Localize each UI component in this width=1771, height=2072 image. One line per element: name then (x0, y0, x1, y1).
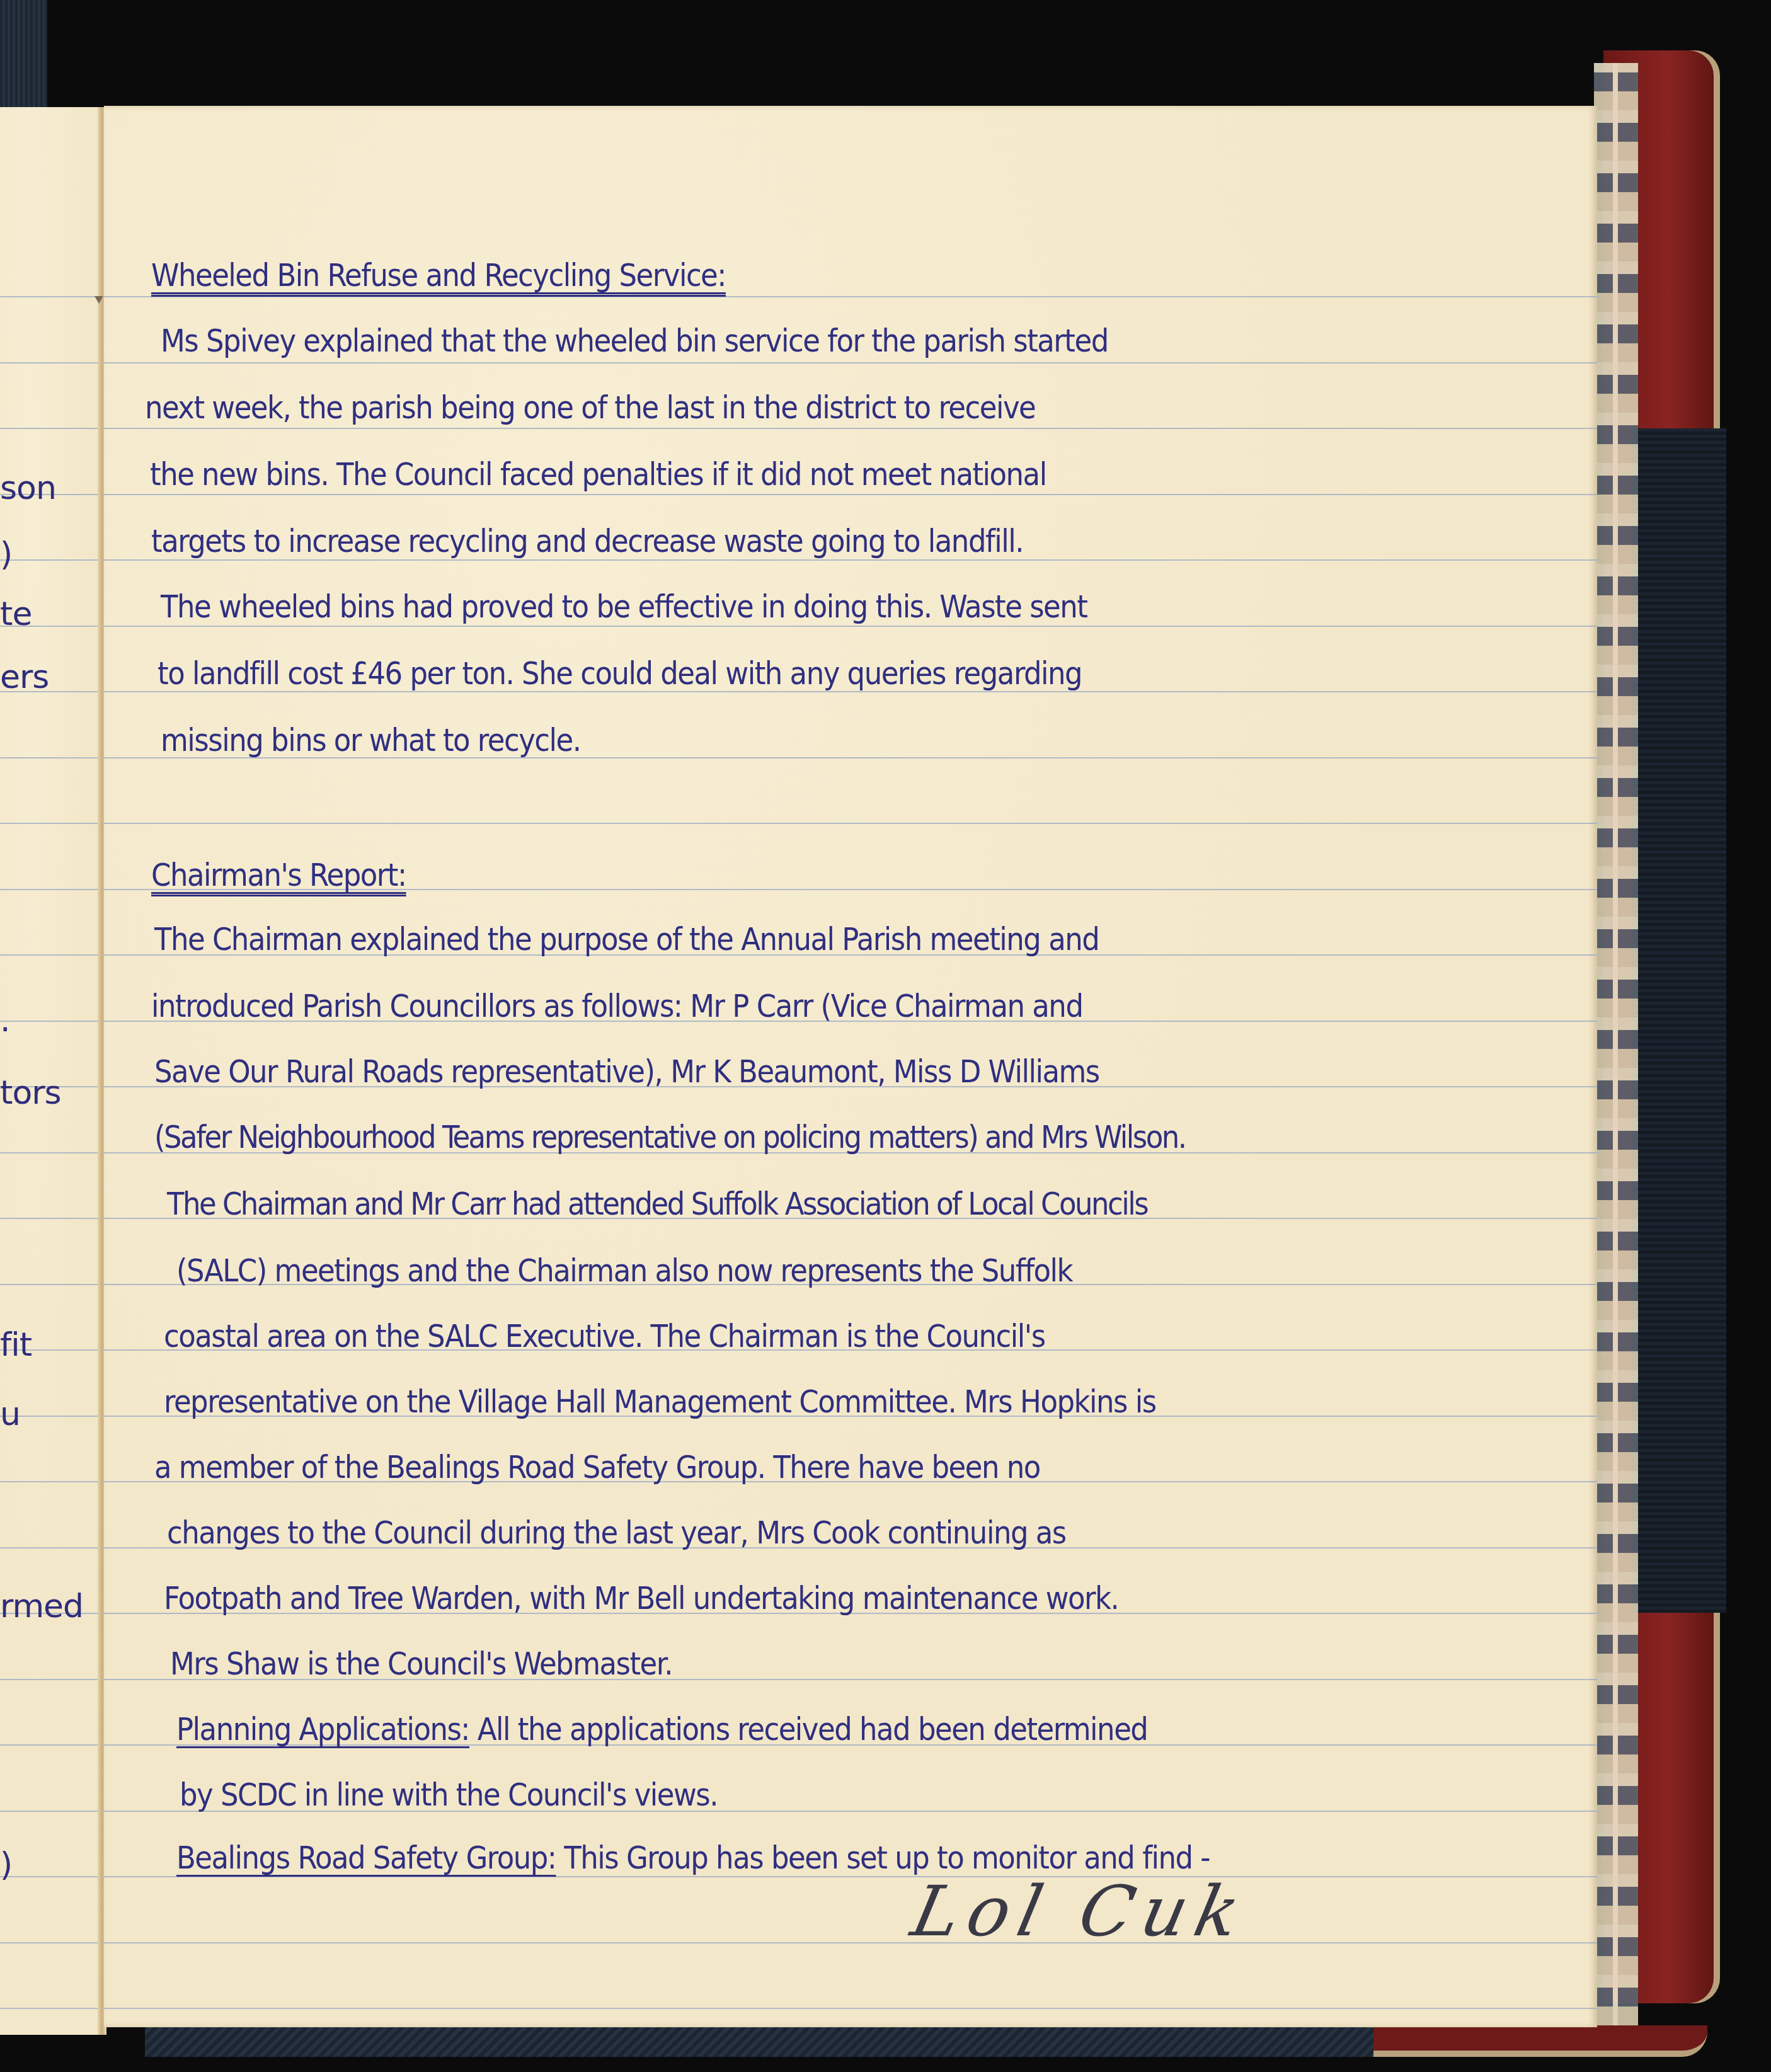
text-line: next week, the parish being one of the l… (145, 389, 1569, 426)
text-line: Footpath and Tree Warden, with Mr Bell u… (164, 1580, 1588, 1617)
ruled-line (0, 1481, 101, 1482)
text-line: Ms Spivey explained that the wheeled bin… (161, 323, 1585, 359)
text-line: introduced Parish Councillors as follows… (151, 988, 1575, 1024)
margin-fragment: tors (0, 1074, 61, 1112)
ruled-line (0, 1744, 101, 1746)
page-edges (1594, 63, 1638, 2025)
cover-cloth-spine (1632, 428, 1726, 1613)
ruled-line (104, 1876, 1597, 1877)
ruled-line (104, 296, 1597, 297)
ruled-line (0, 1679, 101, 1680)
section-heading-wheeled-bin: Wheeled Bin Refuse and Recycling Service… (151, 257, 1575, 294)
margin-fragment: u (0, 1395, 20, 1433)
text-line: the new bins. The Council faced penaltie… (150, 456, 1574, 493)
signature: Lol Cuk (905, 1871, 1255, 1952)
ruled-line (0, 362, 101, 363)
ruled-line (0, 1811, 101, 1812)
text-line: coastal area on the SALC Executive. The … (164, 1318, 1588, 1354)
text-line: changes to the Council during the last y… (167, 1514, 1591, 1551)
ruled-line (0, 757, 101, 758)
ruled-line (0, 1284, 101, 1285)
ruled-line (104, 494, 1597, 495)
ruled-line (104, 362, 1597, 363)
ruled-line (0, 559, 101, 561)
ruled-line (0, 296, 101, 297)
text-line: to landfill cost £46 per ton. She could … (158, 655, 1581, 692)
cover-cloth-bottom (145, 2025, 1373, 2057)
margin-fragment: ers (0, 658, 49, 696)
ruled-line (0, 1942, 101, 1943)
text-line: Mrs Shaw is the Council's Webmaster. (170, 1646, 1594, 1682)
margin-fragment: ) (0, 535, 12, 573)
ruled-line (0, 428, 101, 429)
section-heading-chairmans-report: Chairman's Report: (151, 857, 1575, 893)
ruled-line (104, 1942, 1597, 1943)
section-heading-planning-applications: Planning Applications: (176, 1711, 469, 1748)
text-line: a member of the Bealings Road Safety Gro… (154, 1449, 1578, 1485)
text-line: The wheeled bins had proved to be effect… (161, 588, 1585, 625)
text-line: (Safer Neighbourhood Teams representativ… (154, 1119, 1578, 1155)
section-heading-road-safety-group: Bealings Road Safety Group: (176, 1840, 556, 1876)
ruled-line (0, 1152, 101, 1153)
text-line: (SALC) meetings and the Chairman also no… (176, 1252, 1600, 1289)
text-line: The Chairman and Mr Carr had attended Su… (167, 1186, 1591, 1222)
margin-fragment: fit (0, 1326, 32, 1364)
text-line: All the applications received had been d… (478, 1711, 1148, 1748)
margin-fragment: . (0, 1002, 10, 1039)
left-page (0, 107, 101, 2035)
ruled-lines (0, 107, 101, 2035)
ruled-line (104, 823, 1597, 824)
text-line: representative on the Village Hall Manag… (164, 1383, 1588, 1420)
text-line: missing bins or what to recycle. (161, 722, 1585, 758)
text-line: by SCDC in line with the Council's views… (180, 1777, 1603, 1813)
margin-arrow-icon (95, 296, 103, 304)
ruled-line (0, 954, 101, 956)
ruled-line (104, 626, 1597, 627)
planning-applications-line: Planning Applications: All the applicati… (176, 1711, 1600, 1748)
road-safety-group-line: Bealings Road Safety Group: This Group h… (176, 1840, 1600, 1876)
ruled-line (104, 559, 1597, 561)
text-line: The Chairman explained the purpose of th… (154, 921, 1578, 958)
margin-fragment: ) (0, 1846, 12, 1884)
margin-fragment: rmed (0, 1588, 83, 1625)
ruled-line (0, 1021, 101, 1022)
ruled-line (0, 2008, 101, 2009)
ruled-line (0, 889, 101, 890)
ruled-line (104, 428, 1597, 429)
ruled-line (104, 2008, 1597, 2009)
text-line: Save Our Rural Roads representative), Mr… (154, 1053, 1578, 1090)
ruled-line (0, 823, 101, 824)
ruled-line (0, 1547, 101, 1548)
ruled-line (0, 1876, 101, 1877)
text-line: targets to increase recycling and decrea… (151, 523, 1575, 559)
ruled-line (0, 1218, 101, 1219)
margin-fragment: son (0, 469, 56, 507)
margin-fragment: te (0, 595, 32, 633)
